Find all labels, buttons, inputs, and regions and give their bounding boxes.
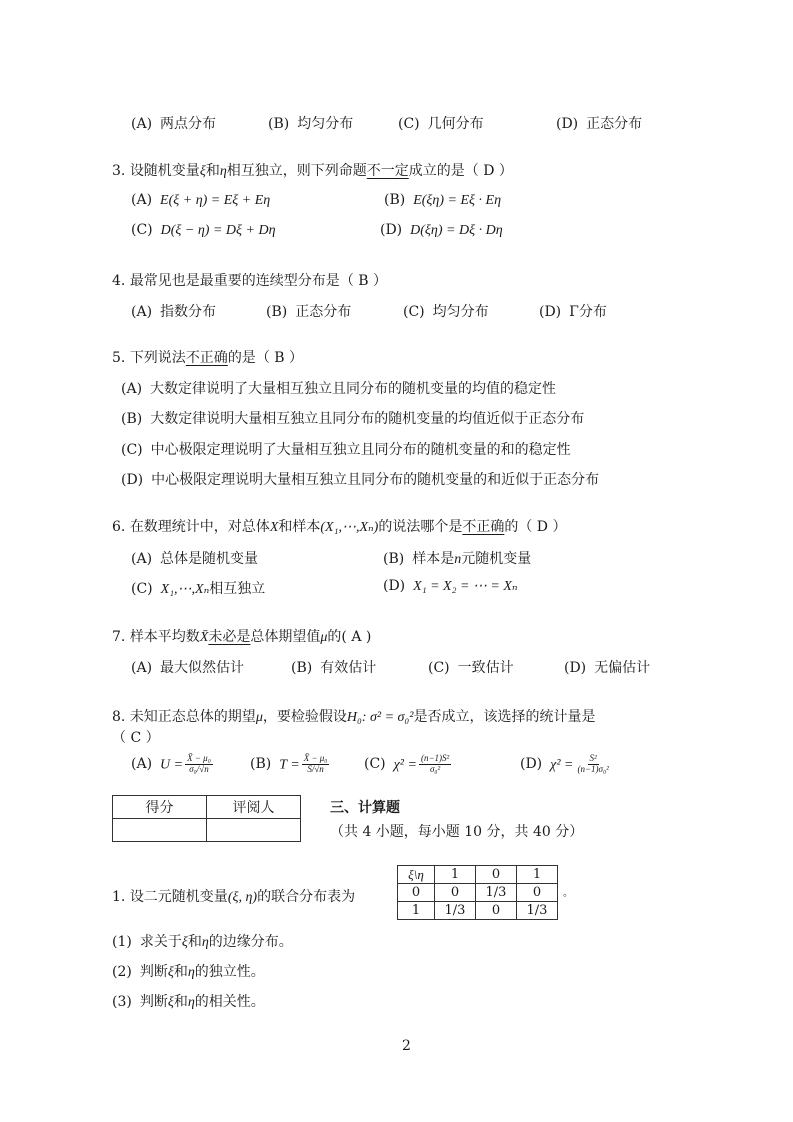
page-number: 2 [402, 1038, 411, 1054]
section-subtitle: （共 4 小题，每小题 10 分，共 40 分） [330, 821, 583, 841]
q7-option-c: (C)一致估计 [428, 657, 514, 677]
table-cell: 0 [476, 902, 517, 920]
q7-stem: 7. 样本平均数X̄未必是总体期望值μ的( A ) [112, 626, 371, 646]
underlined-keyword: 不正确 [462, 519, 504, 535]
q4-option-a: (A)指数分布 [131, 301, 216, 321]
joint-distribution-table: ξ\η 1 0 1 0 0 1/3 0 1 1/3 0 1/3 [397, 865, 558, 920]
q3-option-b: (B)E(ξη) = Eξ · Eη [384, 192, 501, 209]
answer: （ B ） [256, 350, 303, 366]
row-header: 1 [398, 902, 435, 920]
fraction: (n−1)S²σ₀² [419, 754, 451, 775]
q4-option-b: (B)正态分布 [266, 301, 351, 321]
q3-option-a: (A)E(ξ + η) = Eξ + Eη [131, 192, 270, 209]
col-header: 1 [435, 866, 476, 884]
q8-stem: 8. 未知正态总体的期望μ，要检验假设H₀: σ² = σ₀²是否成立，该选择的… [112, 706, 596, 726]
col-header: 0 [476, 866, 517, 884]
score-cell[interactable] [113, 819, 207, 842]
table-header-row: ξ\η 1 0 1 [398, 866, 558, 884]
calc1-part-2: (2)判断ξ和η的独立性。 [112, 961, 265, 981]
table-cell: 0 [435, 884, 476, 902]
q6-option-b: (B)样本是n元随机变量 [383, 548, 531, 568]
table-row: 0 0 1/3 0 [398, 884, 558, 902]
q5-option-b: (B)大数定律说明大量相互独立且同分布的随机变量的均值近似于正态分布 [121, 408, 584, 428]
q6-option-d: (D)X₁ = X₂ = ⋯ = Xₙ [383, 578, 518, 595]
answer: （ B ） [340, 273, 387, 289]
q8-option-a: (A)U =X̄ − μ₀σ₀/√n [131, 754, 215, 775]
q8-option-b: (B)T =X̄ − μ₀S/√n [250, 754, 331, 775]
table-cell: 1/3 [476, 884, 517, 902]
q6-option-c: (C)X₁,⋯,Xₙ相互独立 [131, 578, 265, 598]
table-cell: 0 [517, 884, 558, 902]
calc1-part-3: (3)判断ξ和η的相关性。 [112, 991, 265, 1011]
q2-option-a: (A)两点分布 [131, 113, 216, 133]
underlined-keyword: 不一定 [367, 163, 409, 179]
section-title: 三、计算题 [330, 797, 400, 817]
q3-stem: 3. 设随机变量ξ和η相互独立，则下列命题不一定成立的是（ D ） [112, 160, 513, 180]
q4-option-d: (D)Γ分布 [539, 301, 607, 321]
q5-option-a: (A)大数定律说明了大量相互独立且同分布的随机变量的均值的稳定性 [121, 378, 556, 398]
q7-option-d: (D)无偏估计 [564, 657, 650, 677]
answer: （ D ） [465, 163, 513, 179]
q2-option-b: (B)均匀分布 [268, 113, 353, 133]
q8-option-d: (D)χ² =S²(n−1)σ₀² [520, 754, 613, 775]
grader-cell[interactable] [207, 819, 301, 842]
q2-option-c: (C)几何分布 [398, 113, 484, 133]
q7-option-a: (A)最大似然估计 [131, 657, 244, 677]
q6-stem: 6. 在数理统计中，对总体X和样本(X₁,⋯,Xₙ)的说法哪个是不正确的（ D … [112, 516, 566, 536]
answer: ( A ) [341, 629, 371, 645]
q4-stem: 4. 最常见也是最重要的连续型分布是（ B ） [112, 270, 387, 290]
underlined-keyword: 不正确 [186, 350, 228, 366]
q8-option-c: (C)χ² =(n−1)S²σ₀² [364, 754, 453, 775]
q5-stem: 5. 下列说法不正确的是（ B ） [112, 347, 303, 367]
calc1-part-1: (1)求关于ξ和η的边缘分布。 [112, 931, 293, 951]
q5-option-c: (C)中心极限定理说明了大量相互独立且同分布的随机变量的和的稳定性 [121, 439, 571, 459]
table-row: 1 1/3 0 1/3 [398, 902, 558, 920]
q2-option-d: (D)正态分布 [556, 113, 642, 133]
q5-option-d: (D)中心极限定理说明大量相互独立且同分布的随机变量的和近似于正态分布 [121, 469, 599, 489]
fraction: X̄ − μ₀S/√n [302, 754, 330, 775]
fraction: X̄ − μ₀σ₀/√n [185, 754, 213, 775]
q3-option-d: (D)D(ξη) = Dξ · Dη [380, 222, 503, 239]
sentence-end: 。 [563, 884, 573, 899]
q3-option-c: (C)D(ξ − η) = Dξ + Dη [131, 222, 276, 239]
score-table: 得分 评阅人 [112, 795, 301, 842]
q6-option-a: (A)总体是随机变量 [131, 548, 258, 568]
q7-option-b: (B)有效估计 [291, 657, 376, 677]
answer: （ D ） [518, 519, 566, 535]
calc1-stem: 1. 设二元随机变量(ξ, η)的联合分布表为 [112, 886, 355, 906]
fraction: S²(n−1)σ₀² [575, 754, 610, 775]
answer: （ C ） [112, 727, 160, 747]
underlined-keyword: 未必是 [208, 629, 250, 645]
table-corner: ξ\η [398, 866, 435, 884]
table-cell: 1/3 [517, 902, 558, 920]
col-header: 1 [517, 866, 558, 884]
table-cell: 1/3 [435, 902, 476, 920]
score-header: 得分 [113, 796, 207, 819]
q4-option-c: (C)均匀分布 [403, 301, 489, 321]
row-header: 0 [398, 884, 435, 902]
grader-header: 评阅人 [207, 796, 301, 819]
